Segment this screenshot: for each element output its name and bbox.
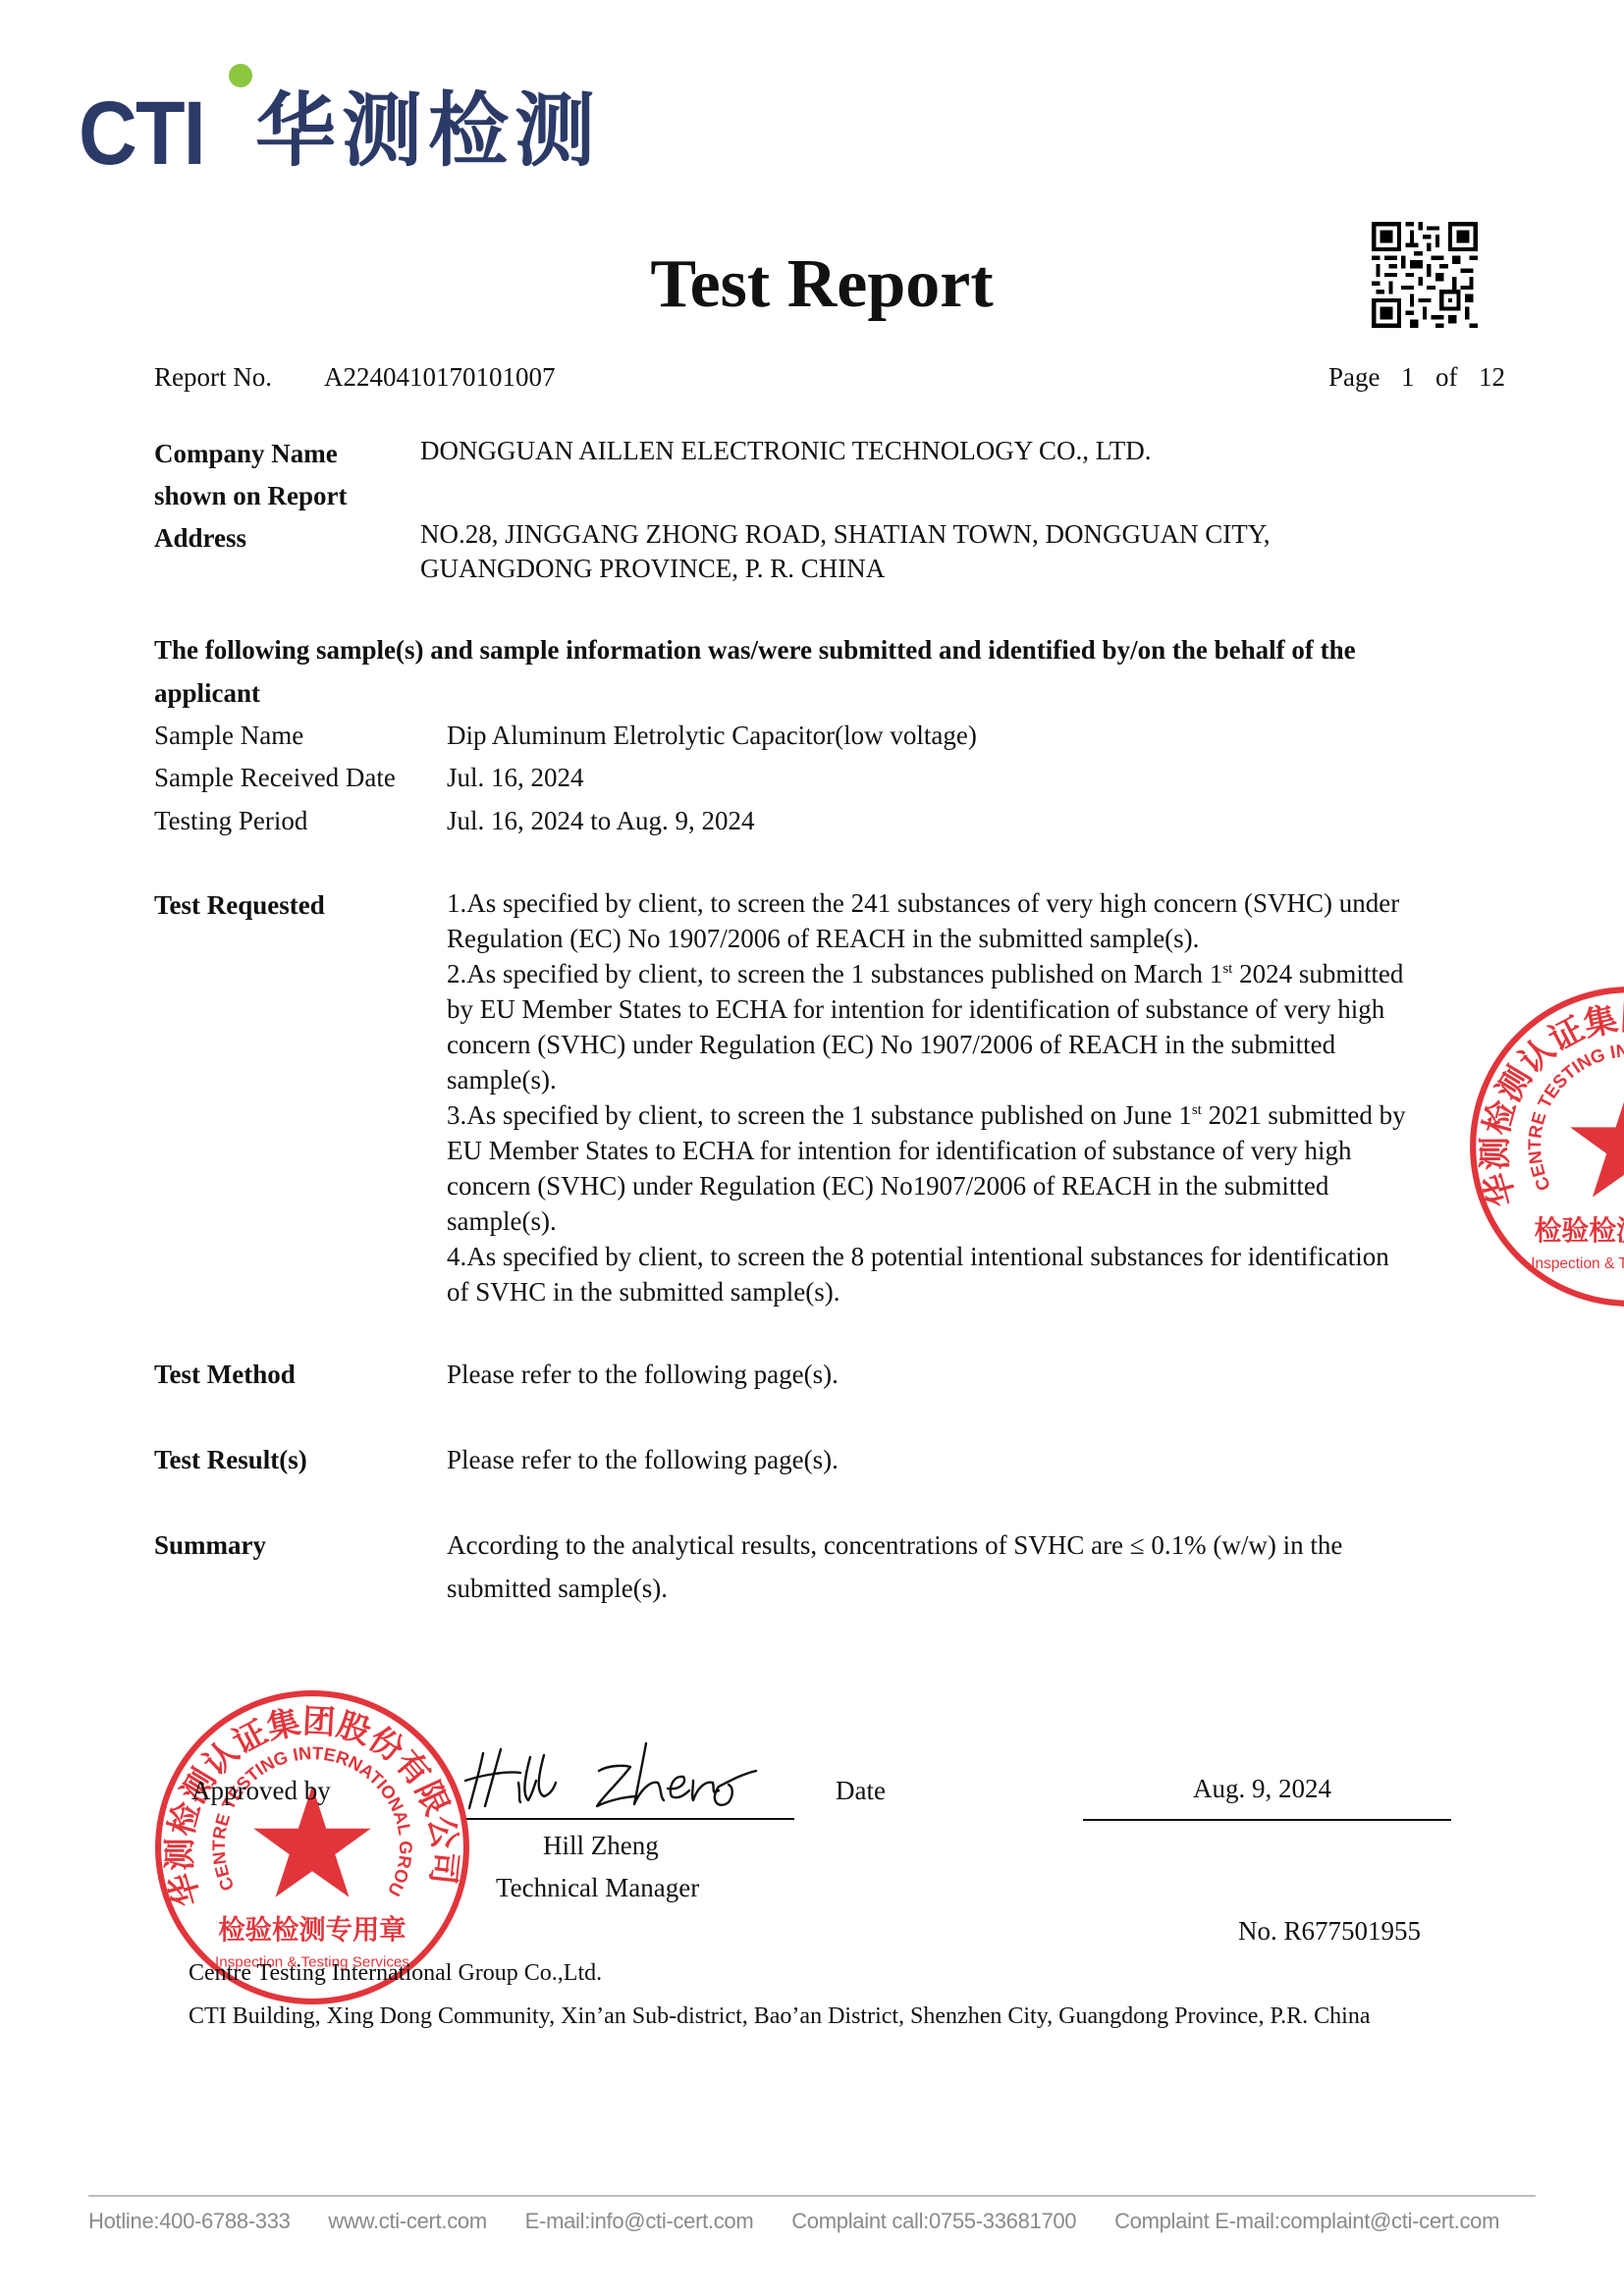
footer-hotline: Hotline:400-6788-333: [88, 2209, 291, 2233]
approver-name: Hill Zheng: [543, 1828, 659, 1863]
svg-text:华测检测认证集团股份有限公司: 华测检测认证集团股份有限公司: [1476, 998, 1624, 1210]
page-current: 1: [1401, 362, 1415, 392]
test-requested-line: sample(s).: [447, 1062, 1406, 1097]
svg-text:检验检测专用章: 检验检测专用章: [218, 1914, 406, 1946]
company-name-label-line2: shown on Report: [154, 478, 348, 513]
date-value: Aug. 9, 2024: [1193, 1771, 1331, 1806]
sample-name-label: Sample Name: [154, 718, 303, 753]
serial-number: No. R677501955: [1238, 1913, 1421, 1949]
page-title: Test Report: [0, 245, 1624, 324]
test-requested-line: concern (SVHC) under Regulation (EC) No1…: [447, 1168, 1406, 1203]
date-line: [1083, 1819, 1451, 1821]
test-requested-line: 1.As specified by client, to screen the …: [447, 885, 1406, 921]
logo-dot-icon: [229, 64, 252, 87]
test-requested-line: EU Member States to ECHA for intention f…: [447, 1133, 1406, 1168]
test-requested-line: concern (SVHC) under Regulation (EC) No …: [447, 1027, 1406, 1062]
sample-section-heading-line2: applicant: [154, 675, 260, 711]
signature-line: [466, 1818, 794, 1820]
company-name-value: DONGGUAN AILLEN ELECTRONIC TECHNOLOGY CO…: [420, 433, 1151, 468]
inspection-stamp: 华测检测认证集团股份有限公司 CENTRE TESTING INTERNATIO…: [1468, 985, 1624, 1308]
signature-icon: [461, 1735, 766, 1814]
summary-line2: submitted sample(s).: [447, 1571, 668, 1606]
page-indicator: Page 1 of 12: [1328, 359, 1505, 395]
test-method-label: Test Method: [154, 1357, 296, 1392]
issuer-company: Centre Testing International Group Co.,L…: [189, 1955, 602, 1991]
test-requested-line: Regulation (EC) No 1907/2006 of REACH in…: [447, 921, 1406, 956]
testing-period-label: Testing Period: [154, 803, 307, 838]
summary-line1: According to the analytical results, con…: [447, 1527, 1342, 1563]
page-total: 12: [1479, 362, 1505, 392]
cti-logo: CTI 华测检测: [79, 61, 609, 169]
star-icon: [1570, 1084, 1624, 1198]
svg-text:CENTRE TESTING INTERNATIONAL G: CENTRE TESTING INTERNATIONAL GROUP CO.,L…: [1468, 985, 1624, 1200]
test-method-value: Please refer to the following page(s).: [447, 1357, 839, 1392]
sample-section-heading-line1: The following sample(s) and sample infor…: [154, 632, 1356, 667]
summary-label: Summary: [154, 1527, 266, 1563]
test-requested-line: of SVHC in the submitted sample(s).: [447, 1274, 1406, 1309]
report-no-value: A2240410170101007: [324, 359, 556, 395]
page-label: Page: [1328, 362, 1380, 392]
test-results-value: Please refer to the following page(s).: [447, 1442, 839, 1477]
issuer-address: CTI Building, Xing Dong Community, Xin’a…: [189, 1999, 1370, 2034]
date-label: Date: [836, 1773, 886, 1808]
footer-complaint-call: Complaint call:0755-33681700: [791, 2209, 1076, 2233]
approved-by-label: Approved by: [191, 1773, 331, 1808]
footer-email-link[interactable]: E-mail:info@cti-cert.com: [525, 2209, 754, 2233]
svg-text:检验检测专用章: 检验检测专用章: [1535, 1214, 1624, 1247]
test-requested-line: sample(s).: [447, 1203, 1406, 1239]
test-requested-line: 4.As specified by client, to screen the …: [447, 1239, 1406, 1274]
test-requested-line: 2.As specified by client, to screen the …: [447, 956, 1406, 991]
page-of-label: of: [1435, 362, 1458, 392]
approver-position: Technical Manager: [496, 1870, 699, 1905]
sample-received-date-value: Jul. 16, 2024: [447, 760, 584, 795]
sample-received-date-label: Sample Received Date: [154, 760, 396, 795]
footer-complaint-email-link[interactable]: Complaint E-mail:complaint@cti-cert.com: [1114, 2209, 1499, 2233]
footer-website-link[interactable]: www.cti-cert.com: [328, 2209, 486, 2233]
company-name-label-line1: Company Name: [154, 436, 338, 471]
test-results-label: Test Result(s): [154, 1442, 307, 1477]
sample-name-value: Dip Aluminum Eletrolytic Capacitor(low v…: [447, 718, 977, 753]
address-line2: GUANGDONG PROVINCE, P. R. CHINA: [420, 551, 885, 586]
logo-brand-chinese: 华测检测: [255, 86, 601, 177]
address-line1: NO.28, JINGGANG ZHONG ROAD, SHATIAN TOWN…: [420, 516, 1270, 552]
address-label: Address: [154, 520, 246, 556]
svg-text:Inspection & Testing Services: Inspection & Testing Services: [1531, 1255, 1624, 1272]
testing-period-value: Jul. 16, 2024 to Aug. 9, 2024: [447, 803, 755, 838]
footer-divider: [88, 2195, 1536, 2197]
footer-contacts: Hotline:400-6788-333 www.cti-cert.com E-…: [88, 2206, 1542, 2237]
logo-brand-latin: CTI: [79, 88, 204, 179]
test-requested-label: Test Requested: [154, 887, 325, 923]
test-requested-line: by EU Member States to ECHA for intentio…: [447, 991, 1406, 1027]
report-no-label: Report No.: [154, 359, 272, 395]
test-requested-list: 1.As specified by client, to screen the …: [447, 885, 1406, 1309]
test-requested-line: 3.As specified by client, to screen the …: [447, 1097, 1406, 1133]
